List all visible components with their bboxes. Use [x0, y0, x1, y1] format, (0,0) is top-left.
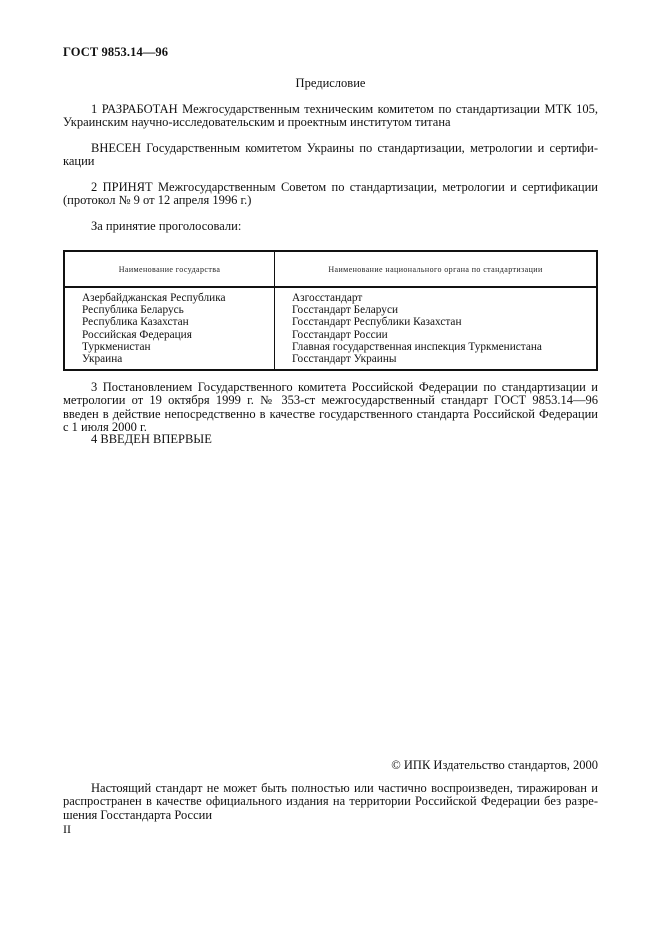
document-page: ГОСТ 9853.14—96 Предисловие 1 РАЗРАБОТАН… [63, 0, 598, 936]
table-cell-national-body: Госстандарт Беларуси [292, 304, 542, 316]
paragraph-voted-intro: За принятие проголосовали: [63, 220, 598, 233]
table-cell-state: Азербайджанская Республика [82, 292, 226, 304]
table-cell-national-body: Госстандарт Украины [292, 353, 542, 365]
paragraph-enacted-by: 3 Постановлением Государственного комите… [63, 381, 598, 435]
table-column-divider [274, 252, 275, 369]
reproduction-notice: Настоящий стандарт не может быть полност… [63, 782, 598, 822]
page-number: II [63, 822, 71, 837]
table-cell-state: Украина [82, 353, 226, 365]
paragraph-developed-by: 1 РАЗРАБОТАН Межгосударственным техничес… [63, 103, 598, 130]
table-cell-national-body: Азгосстандарт [292, 292, 542, 304]
copyright-line: © ИПК Издательство стандартов, 2000 [391, 758, 598, 773]
paragraph-adopted-by: 2 ПРИНЯТ Межгосударственным Советом по с… [63, 181, 598, 208]
table-cell-national-body: Главная государственная инспекция Туркме… [292, 341, 542, 353]
votes-table: Наименование государства Наименование на… [63, 250, 598, 371]
table-cell-state: Российская Федерация [82, 329, 226, 341]
table-header-row: Наименование государства Наименование на… [65, 252, 596, 288]
table-cell-national-body: Госстандарт России [292, 329, 542, 341]
national-bodies-list: Азгосстандарт Госстандарт Беларуси Госст… [292, 292, 542, 365]
table-header-national-body: Наименование национального органа по ста… [275, 265, 596, 274]
table-cell-state: Республика Казахстан [82, 316, 226, 328]
paragraph-introduced-by: ВНЕСЕН Государственным комитетом Украины… [63, 142, 598, 169]
states-list: Азербайджанская Республика Республика Бе… [82, 292, 226, 365]
table-header-state: Наименование государства [65, 265, 274, 274]
paragraph-introduced-first-time: 4 ВВЕДЕН ВПЕРВЫЕ [63, 433, 598, 446]
table-cell-state: Республика Беларусь [82, 304, 226, 316]
table-cell-state: Туркменистан [82, 341, 226, 353]
table-cell-national-body: Госстандарт Республики Казахстан [292, 316, 542, 328]
document-header: ГОСТ 9853.14—96 [63, 45, 168, 60]
section-title: Предисловие [63, 76, 598, 91]
